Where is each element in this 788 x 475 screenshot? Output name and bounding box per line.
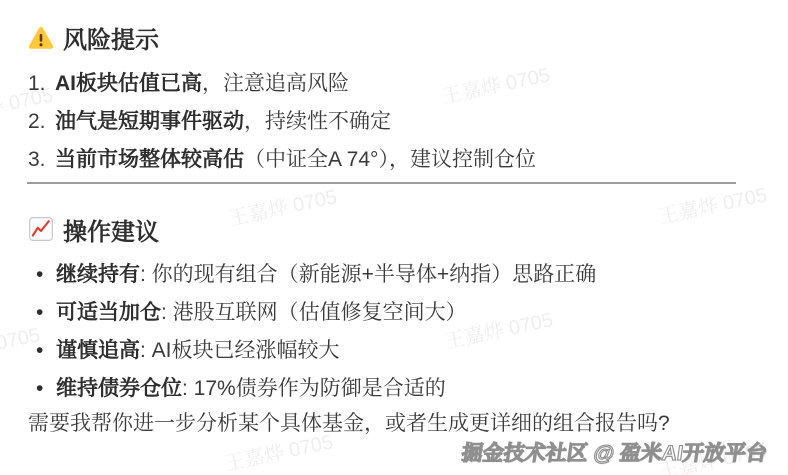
risk-item-text: 油气是短期事件驱动，持续性不确定 xyxy=(55,103,391,141)
advice-item-text: 可适当加仓: 港股互联网（估值修复空间大） xyxy=(56,294,467,332)
advice-item-keyphrase: 维持债券仓位 xyxy=(56,377,182,400)
advice-item-text: 维持债券仓位: 17%债券作为防御是合适的 xyxy=(56,370,446,408)
risk-list: 1. AI板块估值已高，注意追高风险 2. 油气是短期事件驱动，持续性不确定 3… xyxy=(28,65,764,179)
message-content: 风险提示 1. AI板块估值已高，注意追高风险 2. 油气是短期事件驱动，持续性… xyxy=(28,22,764,438)
risk-item-number: 1. xyxy=(28,65,55,103)
risk-item: 3. 当前市场整体较高估（中证全A 74°），建议控制仓位 xyxy=(28,141,764,179)
risk-item-text: AI板块估值已高，注意追高风险 xyxy=(55,65,349,103)
diagonal-watermark: 王嘉烨 0705 xyxy=(223,432,335,474)
advice-item-detail: : AI板块已经涨幅较大 xyxy=(140,339,340,362)
risk-item-number: 2. xyxy=(28,103,55,141)
risk-item: 2. 油气是短期事件驱动，持续性不确定 xyxy=(28,103,764,141)
risk-item-number: 3. xyxy=(28,141,55,179)
bullet-icon: • xyxy=(28,256,56,294)
risk-item-text: 当前市场整体较高估（中证全A 74°），建议控制仓位 xyxy=(55,141,536,179)
bullet-icon: • xyxy=(28,370,56,408)
risk-item-detail: （中证全A 74°），建议控制仓位 xyxy=(244,148,536,171)
closing-question: 需要我帮你进一步分析某个具体基金，或者生成更详细的组合报告吗? xyxy=(28,410,764,438)
warning-icon xyxy=(28,24,54,50)
footer-watermark: 掘金技术社区 @ 盈米AI开放平台 xyxy=(460,437,769,467)
risk-item-keyphrase: 当前市场整体较高估 xyxy=(55,148,244,171)
advice-item-text: 继续持有: 你的现有组合（新能源+半导体+纳指）思路正确 xyxy=(56,256,596,294)
advice-item: • 可适当加仓: 港股互联网（估值修复空间大） xyxy=(28,294,764,332)
advice-item: • 继续持有: 你的现有组合（新能源+半导体+纳指）思路正确 xyxy=(28,256,764,294)
advice-section-header: 操作建议 xyxy=(28,214,764,244)
risk-item-detail: ，注意追高风险 xyxy=(202,72,349,95)
advice-item-text: 谨慎追高: AI板块已经涨幅较大 xyxy=(56,332,340,370)
advice-item-keyphrase: 继续持有 xyxy=(56,263,140,286)
risk-item-detail: ，持续性不确定 xyxy=(244,110,391,133)
advice-item: • 维持债券仓位: 17%债券作为防御是合适的 xyxy=(28,370,764,408)
bullet-icon: • xyxy=(28,294,56,332)
chart-increasing-icon xyxy=(28,216,54,242)
risk-item: 1. AI板块估值已高，注意追高风险 xyxy=(28,65,764,103)
advice-list: • 继续持有: 你的现有组合（新能源+半导体+纳指）思路正确 • 可适当加仓: … xyxy=(28,256,764,408)
advice-item-detail: : 17%债券作为防御是合适的 xyxy=(182,377,446,400)
advice-item-keyphrase: 谨慎追高 xyxy=(56,339,140,362)
advice-item-keyphrase: 可适当加仓 xyxy=(56,301,161,324)
risk-item-keyphrase: AI板块估值已高 xyxy=(55,72,202,95)
risk-section-header: 风险提示 xyxy=(28,22,764,52)
bullet-icon: • xyxy=(28,332,56,370)
message-page: 王嘉烨 0705 王嘉烨 0705 王嘉烨 0705 王嘉烨 0705 王嘉烨 … xyxy=(0,0,788,475)
section-divider xyxy=(27,182,736,184)
risk-item-keyphrase: 油气是短期事件驱动 xyxy=(55,110,244,133)
advice-item-detail: : 你的现有组合（新能源+半导体+纳指）思路正确 xyxy=(140,263,596,286)
risk-section-title: 风险提示 xyxy=(63,20,159,55)
advice-section-title: 操作建议 xyxy=(63,212,159,247)
advice-item-detail: : 港股互联网（估值修复空间大） xyxy=(161,301,467,324)
advice-item: • 谨慎追高: AI板块已经涨幅较大 xyxy=(28,332,764,370)
